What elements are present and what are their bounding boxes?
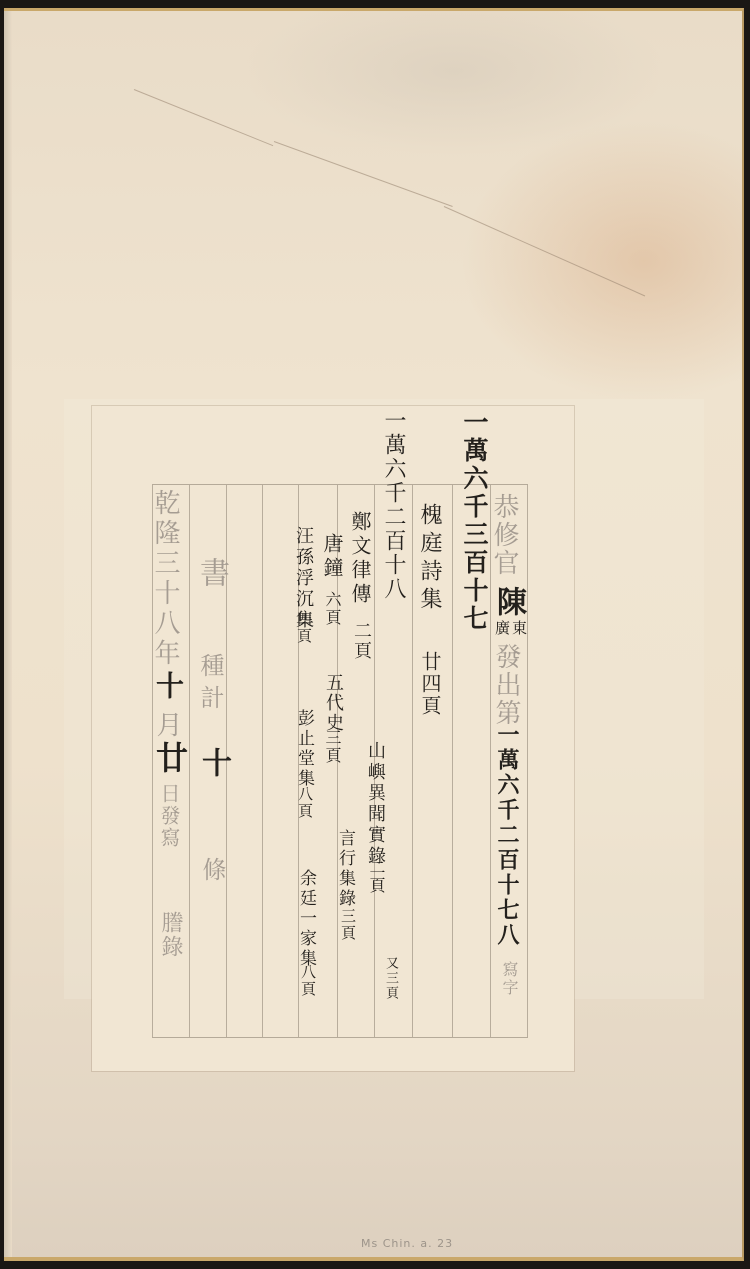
marginal-note: 寫字	[501, 961, 517, 997]
book-title: 槐庭詩集	[418, 503, 440, 615]
count-value: 十	[198, 747, 228, 779]
book-pages-extra: 又三頁	[384, 956, 397, 1001]
book-pages: 三頁	[324, 729, 340, 765]
printed-count-label: 種計	[198, 653, 222, 717]
book-pages: 二頁	[352, 621, 370, 661]
book-pages: 廿四頁	[420, 651, 440, 717]
book-pages: 四頁	[296, 611, 311, 645]
printed-issued-label: 發出第	[493, 643, 519, 727]
book-pages: 三頁	[340, 908, 355, 942]
book-pages: 二頁	[368, 859, 384, 895]
paper-crack	[134, 89, 273, 146]
manuscript-page: 一萬六千三百十七 一萬六千二百十八 恭修官 陳 廣東 發出第 一萬六千二百十七八…	[4, 8, 744, 1261]
editor-name: 陳	[493, 586, 523, 618]
editor-origin: 廣東	[495, 621, 529, 636]
printed-count-unit: 條	[200, 857, 224, 883]
date-month: 十	[154, 671, 182, 701]
issue-number: 一萬六千二百十七八	[496, 723, 518, 948]
book-title: 余廷一家集	[297, 869, 314, 969]
paper-crack	[444, 206, 645, 296]
book-title: 言行集錄	[336, 829, 353, 909]
paper-crack	[274, 141, 453, 207]
book-pages: 六頁	[324, 591, 340, 627]
date-day: 廿	[154, 741, 186, 775]
book-title: 五代史	[324, 673, 342, 733]
printed-date-prefix: 乾隆三十八年	[152, 489, 178, 669]
book-title: 山嶼異聞實錄	[366, 741, 384, 867]
form-rule	[527, 485, 528, 1037]
book-title: 彭止堂集	[295, 709, 312, 789]
form-rule	[452, 485, 453, 1037]
book-title: 唐鐘	[322, 533, 342, 581]
form-rule	[412, 485, 413, 1037]
page-binding-edge	[4, 11, 12, 1257]
printed-date-suffix: 日發寫	[159, 783, 179, 849]
book-title: 鄭文律傳	[350, 511, 370, 607]
form-rule	[262, 485, 263, 1037]
book-pages: 八頁	[297, 786, 312, 820]
printed-clerk-label: 謄錄	[159, 911, 181, 959]
annotation-number-left: 一萬六千二百十八	[382, 409, 404, 601]
form-rule	[189, 485, 190, 1037]
printed-books-label: 書	[196, 557, 226, 589]
annotation-number-right: 一萬六千三百十七	[462, 409, 487, 633]
book-pages: 八頁	[300, 964, 315, 998]
printed-header-label: 恭修官	[491, 493, 517, 577]
catalog-mark: Ms Chin. a. 23	[361, 1237, 453, 1250]
printed-month-label: 月	[154, 711, 180, 739]
